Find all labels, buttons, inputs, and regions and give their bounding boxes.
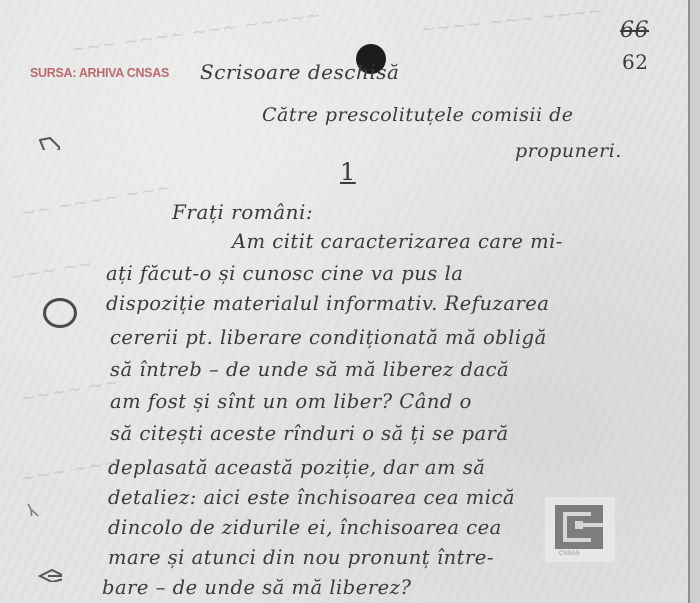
punch-hole-icon — [43, 298, 77, 328]
bleed-through-text: ~~~ ~~~~ ~~~ ~~~~~ — [70, 5, 323, 61]
section-number: 1 — [340, 158, 356, 186]
bleed-through-text: ~~~ ~~ — [9, 253, 96, 288]
page-number-old: 66 — [620, 18, 649, 43]
bleed-through-text: ~~ ~~~~ ~~~ — [19, 177, 173, 224]
body-line: să citești aceste rînduri o să ți se par… — [110, 422, 509, 445]
salutation: Frați români: — [172, 200, 313, 224]
margin-scribble-icon — [36, 134, 60, 150]
body-line: ați făcut-o și cunosc cine va pus la — [106, 262, 463, 285]
bleed-through-text: ~~~~ ~~ — [19, 372, 121, 410]
page-number: 62 — [622, 50, 648, 74]
body-line: să întreb – de unde să mă liberez dacă — [110, 358, 509, 381]
addressee-line-2: propuneri. — [515, 140, 622, 162]
body-line: deplasată această poziție, dar am să — [108, 456, 485, 479]
margin-scribble-icon — [22, 500, 46, 516]
body-line: bare – de unde să mă liberez? — [102, 576, 411, 599]
bleed-through-text: ~~~~ ~~~ ~~~~ — [419, 0, 604, 40]
body-line: dincolo de zidurile ei, închisoarea cea — [108, 516, 502, 539]
archive-watermark: SURSA: ARHIVA CNSAS — [30, 66, 169, 80]
body-line: detaliez: aici este închisoarea cea mică — [108, 486, 515, 509]
archive-stamp: CNSAS — [545, 497, 615, 562]
bleed-through-text: ~~~ ~~~ — [19, 452, 121, 490]
cnsas-logo-icon — [555, 505, 603, 549]
body-line: am fost și sînt un om liber? Când o — [110, 390, 472, 413]
scan-background — [690, 0, 700, 603]
body-line: Am citit caracterizarea care mi- — [232, 230, 563, 253]
letter-title: Scrisoare deschisă — [200, 60, 399, 84]
document-page: ~~~ ~~~~ ~~~ ~~~~~ ~~~~ ~~~ ~~~~ ~~ ~~~~… — [0, 0, 688, 603]
body-line: dispoziție materialul informativ. Refuza… — [106, 292, 549, 315]
addressee-line-1: Către prescolituțele comisii de — [262, 104, 573, 126]
body-line: mare și atunci din nou pronunț între- — [108, 546, 494, 569]
body-line: cererii pt. liberare condiționată mă obl… — [110, 326, 547, 349]
stamp-caption: CNSAS — [559, 551, 580, 557]
margin-scribble-icon — [38, 566, 62, 582]
